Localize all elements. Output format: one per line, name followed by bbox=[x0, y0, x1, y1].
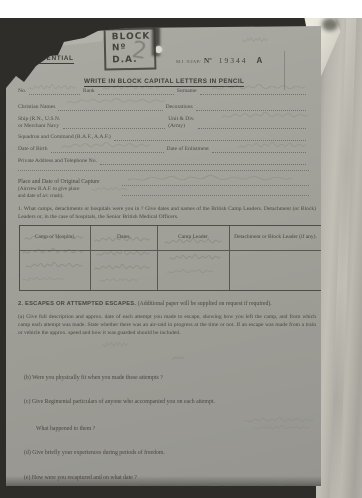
date-of-enlistment-label: Date of Enlistment bbox=[167, 146, 209, 153]
question-2b: (b) Were you physically fit when you mad… bbox=[24, 375, 163, 381]
serial-suffix: A bbox=[257, 56, 263, 65]
field-row-squadron: Squadron and Command (R.A.F., A.A.F.) bbox=[18, 134, 309, 141]
torn-paper-sliver bbox=[30, 26, 108, 48]
squadron-field-line bbox=[114, 134, 306, 141]
pencil-scribble bbox=[166, 268, 214, 277]
rank-label: Rank bbox=[83, 88, 95, 95]
pencil-mark bbox=[172, 355, 184, 363]
section-2-heading: 2. ESCAPES OR ATTEMPTED ESCAPES. (Additi… bbox=[18, 301, 272, 307]
col-header-detachment-leader: Detachment or Block Leader (if any). bbox=[230, 226, 321, 251]
pencil-scribble bbox=[61, 142, 151, 151]
pencil-scribble bbox=[238, 142, 306, 151]
classification-label: CONFIDENTIAL bbox=[18, 55, 74, 64]
form-page: CONFIDENTIAL BLOCK Nº D.A. 2 M.I. 9/JAP/… bbox=[6, 26, 321, 486]
question-1: 1. What camps, detachments or hospitals … bbox=[18, 205, 316, 221]
surname-label: Surname bbox=[177, 88, 197, 95]
pencil-scribble bbox=[96, 250, 150, 259]
capture-field-line-2 bbox=[122, 195, 309, 196]
question-2d: (d) Give briefly your experiences during… bbox=[24, 450, 165, 456]
serial-no-symbol: Nº bbox=[204, 56, 212, 65]
question-2c-followup: What happened to them ? bbox=[36, 426, 95, 432]
pencil-scribble bbox=[169, 254, 221, 263]
pencil-scribble bbox=[126, 175, 294, 184]
pencil-scribble bbox=[102, 340, 128, 352]
capture-label-1: Place and Date of Original Capture bbox=[18, 179, 100, 185]
question-2e: (e) How were you recaptured and on what … bbox=[24, 475, 137, 481]
address-continuation-line bbox=[18, 170, 309, 171]
capture-label-3: and date of a/c crash). bbox=[18, 193, 64, 199]
pencil-scribble bbox=[22, 276, 64, 284]
pencil-scribble bbox=[211, 84, 306, 93]
pencil-scribble bbox=[66, 98, 166, 106]
serial-number-line: M.I. 9/JAP/Nº19344A bbox=[176, 50, 306, 68]
serial-number: 19344 bbox=[219, 56, 248, 65]
table-body-cell bbox=[230, 251, 321, 290]
pencil-scribble bbox=[94, 264, 150, 273]
pencil-scribble bbox=[242, 36, 268, 46]
section-2-title: 2. ESCAPES OR ATTEMPTED ESCAPES. bbox=[18, 301, 136, 307]
pencil-scribble bbox=[28, 84, 76, 93]
address-field-line bbox=[100, 158, 306, 165]
unit-label: Unit & Div. (Army) bbox=[168, 116, 195, 129]
pencil-scribble bbox=[91, 186, 159, 194]
pencil-scribble bbox=[254, 425, 310, 432]
capture-label-2: (Aircrew R.A.F. to give place bbox=[18, 186, 79, 192]
decorations-field-line bbox=[196, 104, 306, 111]
decorations-label: Decorations bbox=[166, 104, 193, 111]
ship-field-line bbox=[63, 122, 165, 129]
ship-label: Ship (R.N., U.S.N. or Merchant Navy bbox=[18, 116, 60, 129]
date-of-birth-label: Date of Birth bbox=[18, 146, 48, 153]
squadron-label: Squadron and Command (R.A.F., A.A.F.) bbox=[18, 134, 111, 141]
pencil-scribble bbox=[94, 236, 150, 245]
question-2c: (c) Give Regimental particulars of anyon… bbox=[24, 399, 215, 405]
question-2a: (a) Give full description and approx. da… bbox=[18, 313, 316, 337]
photographed-document: CONFIDENTIAL BLOCK Nº D.A. 2 M.I. 9/JAP/… bbox=[0, 18, 362, 498]
serial-prefix: M.I. 9/JAP/ bbox=[176, 59, 201, 64]
pencil-scribble bbox=[22, 248, 84, 257]
pencil-scribble bbox=[244, 417, 314, 425]
pencil-scribble bbox=[221, 112, 309, 121]
pencil-scribble bbox=[116, 483, 312, 490]
unit-field-line bbox=[198, 122, 306, 129]
pencil-scribble bbox=[25, 262, 83, 271]
corner-smudge bbox=[322, 18, 338, 31]
christian-names-label: Christian Names bbox=[18, 104, 55, 111]
field-row-address: Private Address and Telephone No. bbox=[18, 158, 309, 165]
section-2-note: (Additional paper will be supplied on re… bbox=[138, 301, 272, 307]
pencil-scribble bbox=[164, 238, 222, 247]
pencil-scribble bbox=[24, 234, 84, 243]
pencil-scribble bbox=[102, 84, 160, 93]
address-label: Private Address and Telephone No. bbox=[18, 158, 97, 165]
block-number-stamp: BLOCK Nº D.A. bbox=[104, 27, 157, 70]
no-label: No. bbox=[18, 88, 26, 95]
pencil-scribble bbox=[99, 277, 139, 285]
